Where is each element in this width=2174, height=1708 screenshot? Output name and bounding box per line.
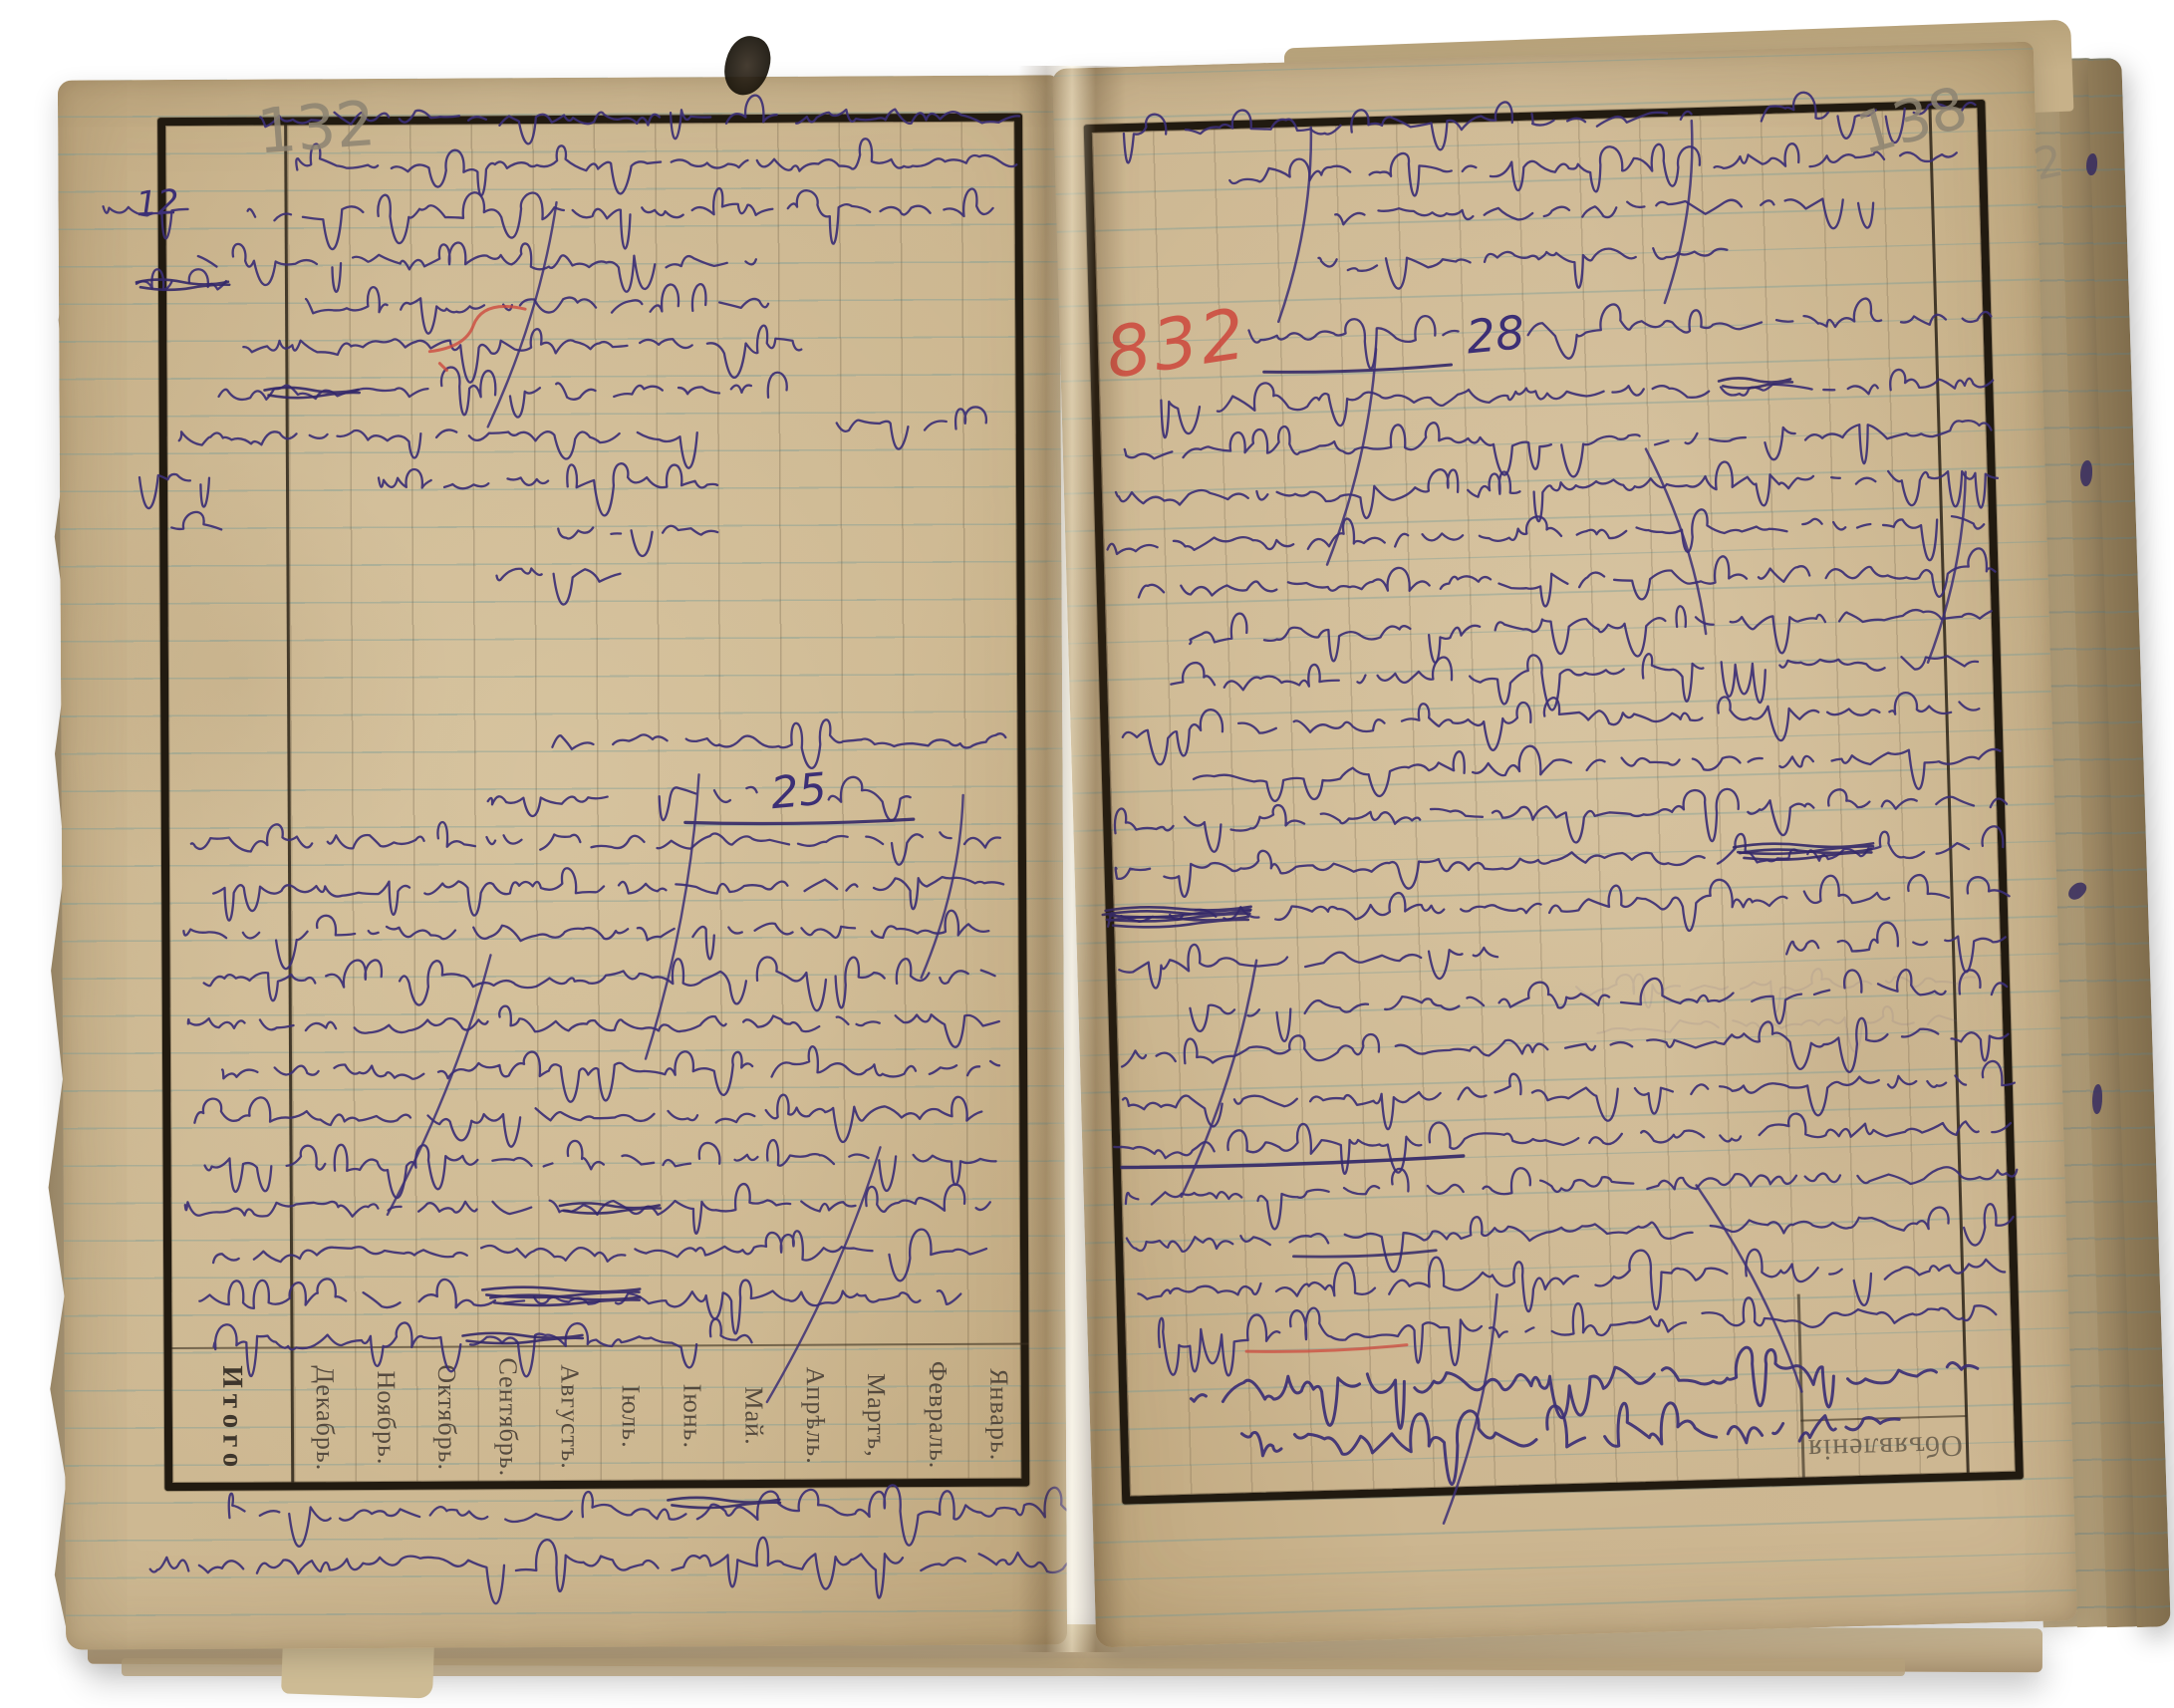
heading-numeral-25: 25 [768, 763, 828, 819]
handwriting-stroke [1321, 349, 1382, 564]
handwriting-stroke [379, 463, 717, 517]
handwriting-stroke [560, 1203, 661, 1214]
handwriting-stroke [1122, 1156, 1464, 1169]
handwriting-stroke [487, 202, 558, 427]
handwriting-stroke [558, 526, 717, 557]
handwriting-right-svg [1052, 42, 2077, 1648]
handwriting-stroke [488, 796, 608, 817]
handwriting-stroke [1193, 733, 2001, 810]
heading-numeral-28: 28 [1464, 305, 1527, 364]
handwriting-stroke [1138, 1241, 2006, 1326]
handwriting-stroke [1175, 961, 1263, 1197]
handwriting-stroke [766, 1147, 882, 1402]
handwriting-stroke [1248, 315, 1459, 372]
handwriting-left-svg [58, 75, 1067, 1649]
handwriting-stroke [645, 774, 700, 1058]
handwriting-stroke [213, 866, 1003, 921]
handwriting-stroke [191, 819, 1000, 868]
handwriting-stroke [1119, 936, 1498, 989]
handwriting-stroke [150, 1536, 1068, 1605]
handwriting-stroke [188, 1003, 999, 1051]
handwriting-stroke [229, 1484, 1067, 1549]
handwriting-stroke [1697, 1183, 1802, 1395]
left-page: Декабрь.Ноябрь.Октябрь.Сентябрь.Августъ.… [58, 75, 1067, 1649]
handwriting-stroke [1273, 128, 1316, 322]
handwriting-stroke [1889, 691, 1980, 714]
handwriting-stroke [685, 819, 914, 824]
handwriting-stroke [185, 1183, 990, 1237]
handwriting-stroke [171, 512, 221, 530]
handwriting-stroke [829, 777, 911, 821]
handwriting-stroke [1115, 826, 2004, 899]
handwriting-stroke [1438, 1294, 1503, 1524]
handwriting-stroke [1114, 1104, 2012, 1180]
handwriting-stroke [1527, 294, 1992, 360]
handwriting-stroke [837, 407, 986, 449]
right-page: Объявленія 138 832 28 [1052, 42, 2077, 1648]
handwriting-stroke [1190, 1341, 1979, 1434]
handwriting-stroke [1335, 195, 1874, 243]
handwriting-stroke [139, 474, 209, 508]
handwriting-stroke [1318, 245, 1728, 295]
handwriting-stroke [1719, 377, 1792, 389]
handwriting-stroke [296, 138, 1016, 196]
handwriting-stroke [204, 956, 995, 1013]
handwriting-stroke [183, 911, 988, 970]
handwriting-stroke [1171, 641, 1979, 720]
pencil-page-number-left: 132 [255, 87, 378, 168]
handwriting-stroke [1264, 365, 1452, 374]
handwriting-stroke [204, 1139, 995, 1199]
handwriting-stroke [1229, 137, 1958, 202]
handwriting-stroke [1646, 447, 1706, 635]
handwriting-stroke [386, 955, 491, 1215]
handwriting-stroke [1107, 501, 1985, 583]
handwriting-stroke [1158, 1289, 1997, 1378]
handwriting-stroke [668, 1497, 780, 1508]
handwriting-stroke [194, 1094, 981, 1149]
handwriting-stroke [1241, 1396, 1901, 1491]
handwriting-stroke [552, 718, 1005, 769]
handwriting-stroke [243, 325, 801, 383]
handwriting-stroke [1246, 1345, 1407, 1353]
handwriting-stroke [199, 1276, 960, 1336]
handwriting-stroke [1127, 1202, 2015, 1279]
handwriting-stroke [1123, 102, 1513, 162]
handwriting-stroke [265, 388, 360, 399]
handwriting-stroke [660, 787, 757, 820]
handwriting-stroke [1124, 407, 1992, 489]
handwriting-stroke [1660, 121, 1697, 303]
scanned-notebook-spread: 2 Декабрь.Ноябрь.Октябрь.Сентябрь.Август… [0, 0, 2174, 1708]
handwriting-stroke [1532, 110, 1692, 129]
handwriting-stroke [213, 1319, 751, 1378]
margin-numeral: 12 [135, 182, 179, 224]
handwriting-stroke [1116, 454, 1999, 533]
handwriting-stroke [496, 568, 620, 605]
handwriting-stroke [1189, 593, 1992, 670]
handwriting-stroke [213, 1229, 986, 1284]
handwriting-stroke [1293, 1251, 1436, 1259]
handwriting-stroke [222, 1045, 999, 1103]
handwriting-stroke [1123, 1060, 2016, 1137]
handwriting-stroke [1138, 548, 1996, 619]
handwriting-stroke [247, 187, 992, 251]
